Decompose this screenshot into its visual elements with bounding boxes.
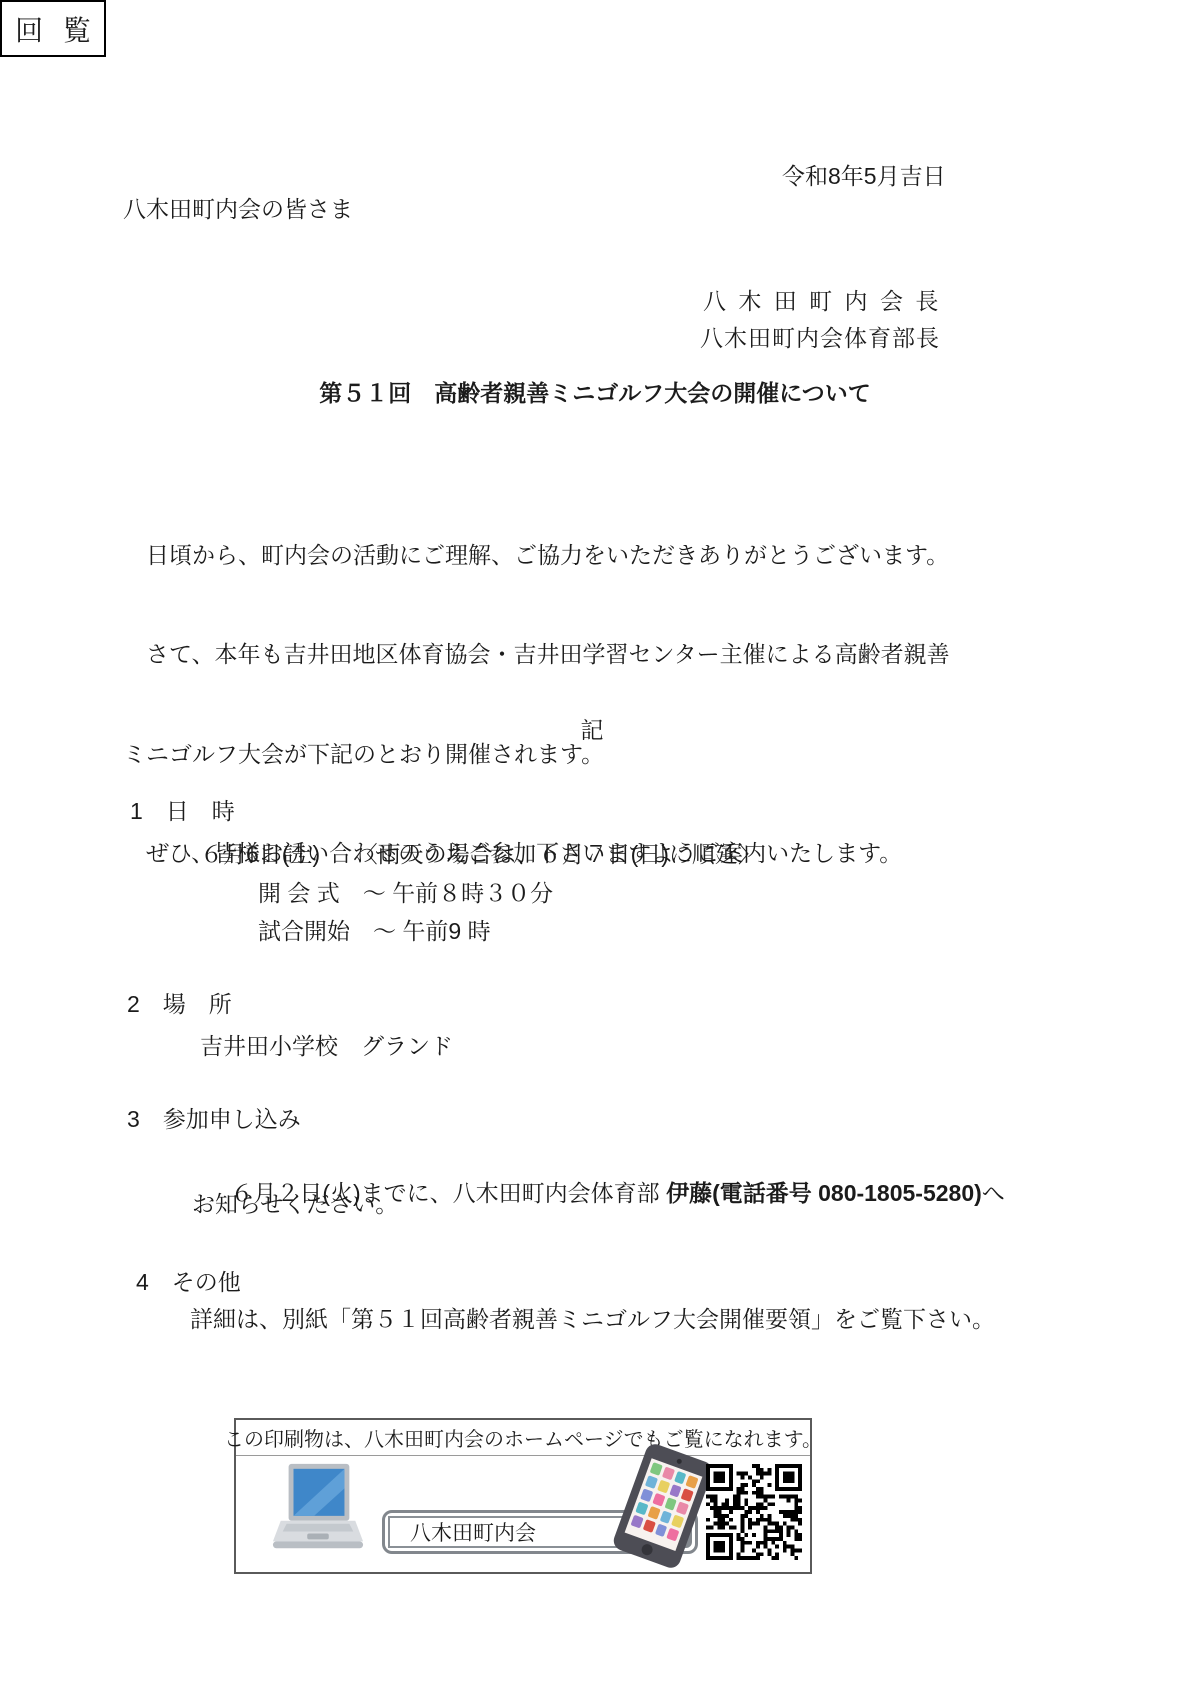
application-suffix: へ xyxy=(982,1180,1005,1206)
venue-line: 吉井田小学校 グランド xyxy=(200,1032,453,1061)
section-heading: 1 日 時 xyxy=(130,797,235,826)
section-heading: 2 場 所 xyxy=(127,990,232,1019)
phone-home-button xyxy=(640,1543,654,1557)
event-date-line: ６月6日(土) 〈雨天の場合は、６月７日(日)に順延〉 xyxy=(200,840,761,869)
search-query-text: 八木田町内会 xyxy=(410,1517,536,1547)
match-start-line: 試合開始 ～ 午前9 時 xyxy=(258,917,491,946)
homepage-notice-text: この印刷物は、八木田町内会のホームページでもご覧になれます。 xyxy=(236,1420,810,1456)
circulation-stamp: 回 覧 xyxy=(0,0,106,57)
body-line: さて、本年も吉井田地区体育協会・吉井田学習センター主催による高齢者親善 xyxy=(123,633,950,675)
qr-code xyxy=(706,1464,802,1560)
section-heading: 4 その他 xyxy=(136,1268,241,1297)
body-line: 日頃から、町内会の活動にご理解、ご協力をいただきありがとうございます。 xyxy=(123,534,950,576)
sender-sports-division-chief: 八木田町内会体育部長 xyxy=(700,324,940,353)
section-heading: 3 参加申し込み xyxy=(127,1105,301,1134)
record-marker: 記 xyxy=(0,716,1184,745)
details-reference-line: 詳細は、別紙「第５１回高齢者親善ミニゴルフ大会開催要領」をご覧下さい。 xyxy=(190,1305,995,1334)
sender-association-chairman: 八 木 田 町 内 会 長 xyxy=(703,287,941,316)
document-title: 第５１回 高齢者親善ミニゴルフ大会の開催について xyxy=(0,379,1190,408)
smartphone-icon xyxy=(611,1441,715,1570)
opening-ceremony-line: 開 会 式 ～ 午前８時３０分 xyxy=(258,879,553,908)
laptop-icon xyxy=(269,1462,367,1556)
homepage-notice-box: この印刷物は、八木田町内会のホームページでもご覧になれます。 八木田町内会 xyxy=(234,1418,812,1574)
contact-name-phone: 伊藤(電話番号 080-1805-5280) xyxy=(666,1180,982,1206)
application-notify-line: お知らせください。 xyxy=(192,1190,398,1219)
addressee: 八木田町内会の皆さま xyxy=(123,195,353,224)
document-page: 回 覧 令和8年5月吉日 八木田町内会の皆さま 八 木 田 町 内 会 長 八木… xyxy=(0,0,1190,1684)
circulation-label: 回 覧 xyxy=(9,9,97,49)
issue-date: 令和8年5月吉日 xyxy=(782,162,946,191)
phone-camera-dot xyxy=(676,1458,682,1464)
